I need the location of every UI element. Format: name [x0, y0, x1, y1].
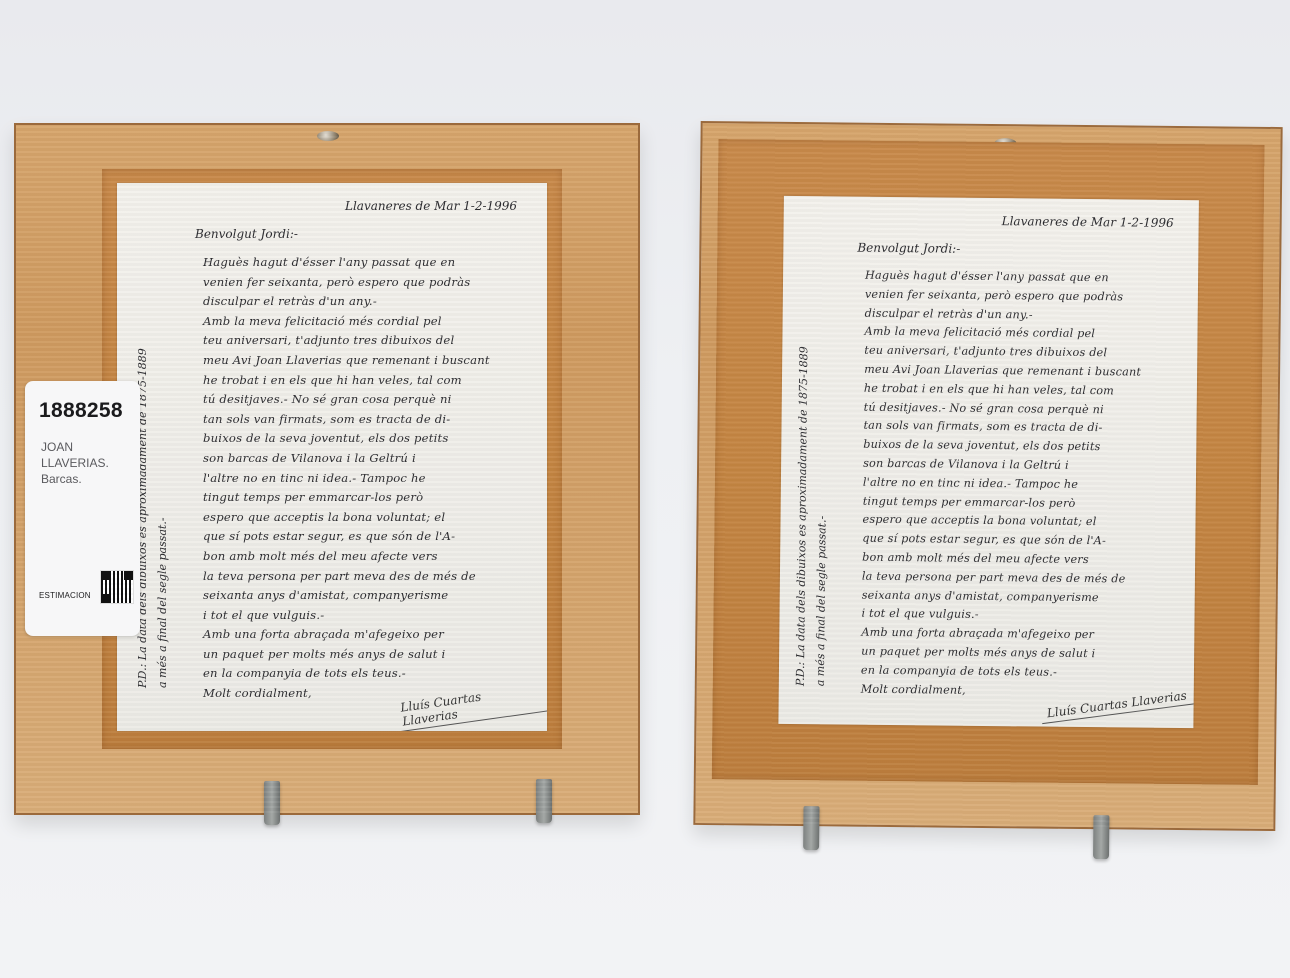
mat-border: Llavaneres de Mar 1-2-1996 Benvolgut Jor…	[102, 169, 562, 749]
display-stand-leg-left	[264, 781, 280, 825]
display-stand-leg-right	[536, 779, 552, 823]
lot-number: 1888258	[39, 399, 123, 423]
letter-greeting: Benvolgut Jordi:-	[857, 241, 960, 256]
letter-body: Haguès hagut d'ésser l'any passat que en…	[203, 253, 490, 704]
qr-code-icon[interactable]	[101, 571, 133, 603]
auction-lot-label: 1888258 JOAN LLAVERIAS. Barcas. ESTIMACI…	[25, 381, 140, 636]
mat-border: Llavaneres de Mar 1-2-1996 Benvolgut Jor…	[712, 139, 1265, 785]
letter-place-date: Llavaneres de Mar 1-2-1996	[1002, 214, 1174, 230]
lot-description: JOAN LLAVERIAS. Barcas.	[41, 439, 109, 487]
letter-place-date: Llavaneres de Mar 1-2-1996	[345, 199, 517, 213]
display-stand-leg-right	[1093, 815, 1109, 859]
hanging-hook-icon	[317, 131, 339, 141]
framed-letter-right: Llavaneres de Mar 1-2-1996 Benvolgut Jor…	[693, 121, 1282, 831]
display-stand-leg-left	[803, 806, 819, 850]
letter-paper: Llavaneres de Mar 1-2-1996 Benvolgut Jor…	[778, 196, 1199, 728]
letter-body: Haguès hagut d'ésser l'any passat que en…	[861, 267, 1143, 702]
estimate-label: ESTIMACION	[39, 591, 91, 600]
letter-greeting: Benvolgut Jordi:-	[195, 227, 298, 241]
letter-postscript: P.D.: La data dels dibuixos es aproximad…	[791, 346, 835, 686]
letter-paper: Llavaneres de Mar 1-2-1996 Benvolgut Jor…	[117, 183, 547, 731]
